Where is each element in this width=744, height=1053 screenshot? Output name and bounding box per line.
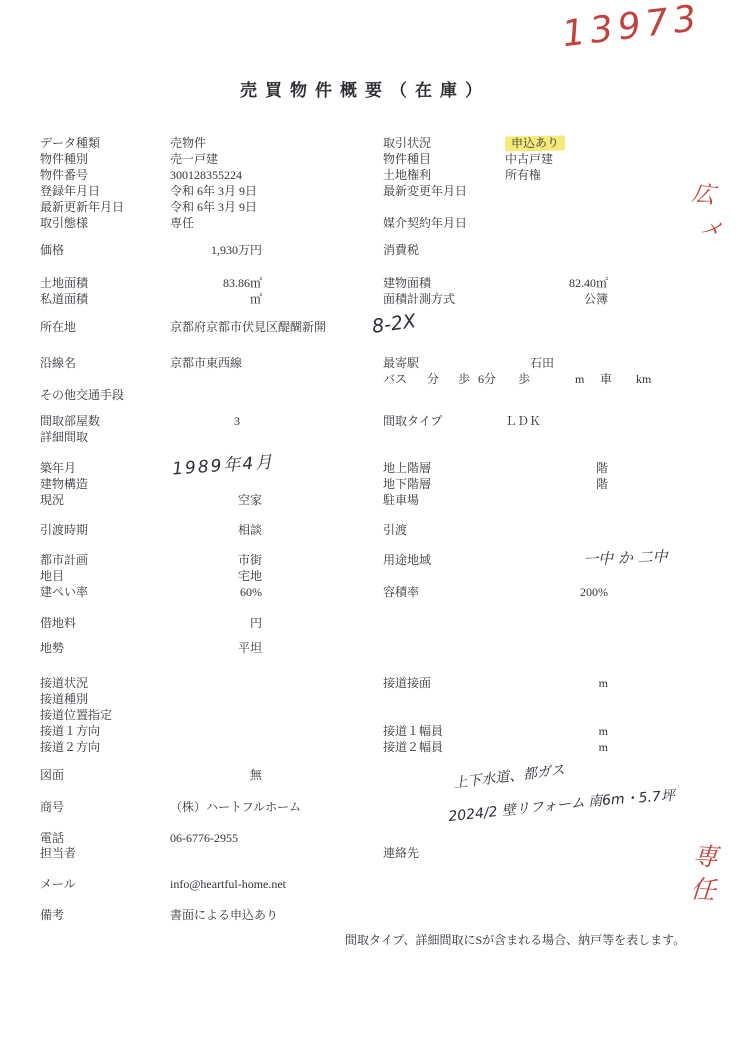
property-summary-sheet: 13973 売買物件概要（在庫） データ種類 売物件 物件種別 売一戸建 物件番… (0, 0, 744, 1053)
value-road1-width: m (470, 724, 608, 739)
label-address: 所在地 (40, 320, 76, 335)
label-zoning: 用途地域 (383, 553, 431, 568)
value-land-area: 83.86㎡ (150, 276, 262, 291)
transport-token-min: 分 (427, 372, 439, 387)
label-company: 商号 (40, 800, 64, 815)
label-property-category: 物件種目 (383, 152, 431, 167)
label-drawing: 図面 (40, 768, 64, 783)
label-road2-width: 接道２幅員 (383, 740, 443, 755)
label-city-planning: 都市計画 (40, 553, 88, 568)
label-road-position: 接道位置指定 (40, 708, 112, 723)
value-price: 1,930万円 (150, 243, 262, 258)
handwritten-doc-number: 13973 (560, 0, 703, 55)
page-title: 売買物件概要（在庫） (0, 76, 730, 101)
value-property-category: 中古戸建 (505, 152, 553, 167)
transport-token-m: m (575, 372, 584, 387)
label-road1-width: 接道１幅員 (383, 724, 443, 739)
value-land-rights: 所有権 (505, 168, 541, 183)
value-drawing: 無 (150, 768, 262, 783)
label-staff: 担当者 (40, 846, 76, 861)
value-property-no: 300128355224 (170, 168, 242, 183)
label-transaction-type: 取引態様 (40, 216, 88, 231)
value-road-frontage: m (470, 676, 608, 691)
value-nearest-station: 石田 (530, 356, 554, 371)
label-floorplan-detail: 詳細間取 (40, 430, 88, 445)
value-building-area: 82.40㎡ (470, 276, 608, 291)
label-transaction-status: 取引状況 (383, 136, 431, 151)
label-road1-direction: 接道１方向 (40, 724, 100, 739)
label-data-type: データ種類 (40, 136, 100, 151)
value-address: 京都府京都市伏見区醍醐新開 (170, 320, 326, 335)
label-email: メール (40, 877, 76, 892)
value-area-method: 公簿 (470, 292, 608, 307)
label-contact: 連絡先 (383, 846, 419, 861)
value-remarks: 書面による申込あり (170, 908, 278, 923)
label-floors-above: 地上階層 (383, 461, 431, 476)
label-structure: 建物構造 (40, 477, 88, 492)
label-phone: 電話 (40, 831, 64, 846)
value-city-planning: 市街 (150, 553, 262, 568)
label-updated-date: 最新更新年月日 (40, 200, 124, 215)
transport-token-km: km (636, 372, 651, 387)
handwritten-sennin-stamp: 専任 (682, 842, 723, 910)
label-property-no: 物件番号 (40, 168, 88, 183)
handwritten-reform-note: 2024/2 壁リフォーム (447, 792, 585, 826)
label-line-name: 沿線名 (40, 356, 76, 371)
label-built: 築年月 (40, 461, 76, 476)
label-price: 価格 (40, 243, 64, 258)
label-other-transport: その他交通手段 (40, 388, 124, 403)
label-area-method: 面積計測方式 (383, 292, 455, 307)
handwritten-road-note: 南6m・5.7坪 (587, 785, 675, 811)
label-private-road-area: 私道面積 (40, 292, 88, 307)
label-road-kind: 接道種別 (40, 692, 88, 707)
value-rooms: 3 (150, 414, 240, 429)
value-company: （株）ハートフルホーム (170, 800, 301, 815)
label-registered-date: 登録年月日 (40, 184, 100, 199)
transport-token-walk2: 歩 (518, 372, 530, 387)
label-nearest-station: 最寄駅 (383, 356, 419, 371)
value-current-state: 空家 (150, 493, 262, 508)
label-land-area: 土地面積 (40, 276, 88, 291)
transport-token-6min: 6分 (478, 372, 496, 387)
label-land-rights: 土地権利 (383, 168, 431, 183)
transport-token-car: 車 (600, 372, 612, 387)
label-road-frontage: 接道接面 (383, 676, 431, 691)
label-remarks: 備考 (40, 908, 64, 923)
label-road-status: 接道状況 (40, 676, 88, 691)
value-handover-time: 相談 (150, 523, 262, 538)
handwritten-zoning-note: 一中 か 二中 (583, 546, 668, 570)
label-terrain: 地勢 (40, 641, 64, 656)
value-terrain: 平坦 (150, 641, 262, 656)
label-consumption-tax: 消費税 (383, 243, 419, 258)
label-handover: 引渡 (383, 523, 407, 538)
value-coverage-ratio: 60% (150, 585, 262, 600)
label-building-area: 建物面積 (383, 276, 431, 291)
label-floorplan-type: 間取タイプ (383, 414, 442, 429)
label-handover-time: 引渡時期 (40, 523, 88, 538)
value-line-name: 京都市東西線 (170, 356, 242, 371)
label-floor-area-ratio: 容積率 (383, 585, 419, 600)
label-current-state: 現況 (40, 493, 64, 508)
value-private-road-area: ㎡ (150, 292, 262, 307)
label-road2-direction: 接道２方向 (40, 740, 100, 755)
value-floor-area-ratio: 200% (470, 585, 608, 600)
transport-token-walk: 歩 (458, 372, 470, 387)
label-floors-below: 地下階層 (383, 477, 431, 492)
label-agency-contract-date: 媒介契約年月日 (383, 216, 467, 231)
value-transaction-type: 専任 (170, 216, 194, 231)
value-updated-date: 令和 6年 3月 9日 (170, 200, 257, 215)
footer-note: 間取タイプ、詳細間取にSが含まれる場合、納戸等を表します。 (345, 933, 685, 948)
value-land-category: 宅地 (150, 569, 262, 584)
handwritten-address-suffix: 8-2X (371, 310, 418, 338)
label-coverage-ratio: 建ぺい率 (40, 585, 88, 600)
label-last-changed-date: 最新変更年月日 (383, 184, 467, 199)
value-data-type: 売物件 (170, 136, 206, 151)
value-email: info@heartful-home.net (170, 877, 286, 892)
status-highlight: 申込あり (505, 135, 565, 151)
label-land-rent: 借地料 (40, 616, 76, 631)
value-floors-above: 階 (470, 461, 608, 476)
value-property-kind: 売一戸建 (170, 152, 218, 167)
value-road2-width: m (470, 740, 608, 755)
value-phone: 06-6776-2955 (170, 831, 238, 846)
label-land-category: 地目 (40, 569, 64, 584)
handwritten-ad-mark-bottom: メ (698, 210, 726, 244)
label-rooms: 間取部屋数 (40, 414, 100, 429)
value-floorplan-type: ＬＤＫ (505, 414, 541, 429)
value-floors-below: 階 (470, 477, 608, 492)
value-registered-date: 令和 6年 3月 9日 (170, 184, 257, 199)
label-parking: 駐車場 (383, 493, 419, 508)
value-transaction-status: 申込あり (505, 136, 565, 151)
transport-token-bus: バス (383, 372, 407, 387)
handwritten-utilities-note: 上下水道、都ガス (452, 759, 566, 793)
handwritten-built-date: 1989年4月 (171, 447, 275, 479)
handwritten-ad-mark-top: 広 (690, 175, 717, 211)
value-land-rent: 円 (150, 616, 262, 631)
label-property-kind: 物件種別 (40, 152, 88, 167)
